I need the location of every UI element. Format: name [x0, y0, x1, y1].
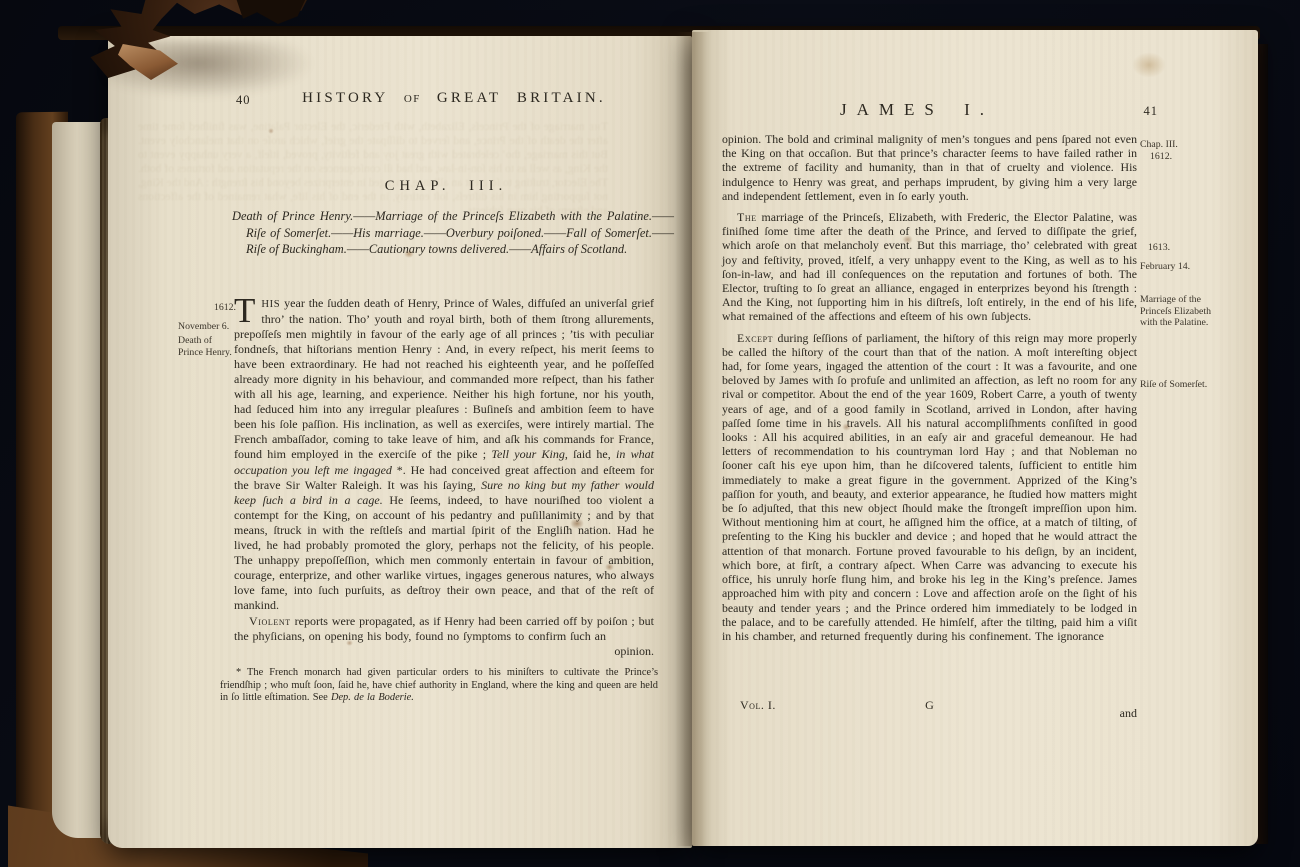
margin-note-event: Death of Prince Henry. — [178, 335, 236, 359]
margin-note-day: November 6. — [178, 321, 236, 333]
right-page-number: 41 — [1144, 104, 1159, 119]
chapter-heading: CHAP. III. — [236, 178, 656, 195]
margin-note-chap: Chap. III. — [1140, 139, 1218, 151]
stain — [1132, 52, 1166, 78]
margin-note-marriage: Marriage of the Princeſs Elizabeth with … — [1140, 294, 1218, 329]
right-body-text: opinion. The bold and criminal malignity… — [722, 132, 1137, 643]
left-page: The marriage of the Princeſs, Elizabeth,… — [108, 36, 692, 848]
fox-spot — [268, 128, 274, 134]
carryover-word: opinion. — [234, 644, 654, 659]
right-running-header: JAMES I. 41 — [718, 100, 1160, 124]
paragraph-violent-reports: Violent reports were propagated, as if H… — [234, 614, 654, 644]
paragraph-prince-henry: THIS year the ſudden death of Henry, Pri… — [234, 296, 654, 613]
paragraph-rise-of-somerset: Except during ſeſſions of parliament, th… — [722, 331, 1137, 643]
paragraph-marriage-elizabeth: The marriage of the Princeſs, Elizabeth,… — [722, 210, 1137, 324]
page-footer: Vol. I. G and — [722, 698, 1137, 716]
margin-note-year: 1612. — [178, 302, 242, 314]
margin-note-date: February 14. — [1140, 261, 1218, 273]
signature-mark: G — [722, 698, 1137, 713]
metal-clasp-upper-piece — [236, 0, 306, 24]
left-body-text: THIS year the ſudden death of Henry, Pri… — [234, 296, 654, 659]
right-page: JAMES I. 41 Chap. III. 1612. 1613. Febru… — [692, 30, 1258, 846]
margin-note-rise: Riſe of Somerſet. — [1140, 379, 1218, 391]
margin-note-year1: 1612. — [1140, 151, 1228, 163]
paragraph-opinion: opinion. The bold and criminal malignity… — [722, 132, 1137, 203]
catchword: and — [1120, 706, 1137, 721]
right-running-title: JAMES I. — [718, 100, 1116, 120]
footnote: * The French monarch had given particula… — [220, 667, 658, 705]
margin-note-year2: 1613. — [1140, 242, 1226, 254]
photo-backdrop: The marriage of the Princeſs, Elizabeth,… — [0, 0, 1300, 867]
chapter-argument: Death of Prince Henry.——Marriage of the … — [232, 208, 674, 258]
